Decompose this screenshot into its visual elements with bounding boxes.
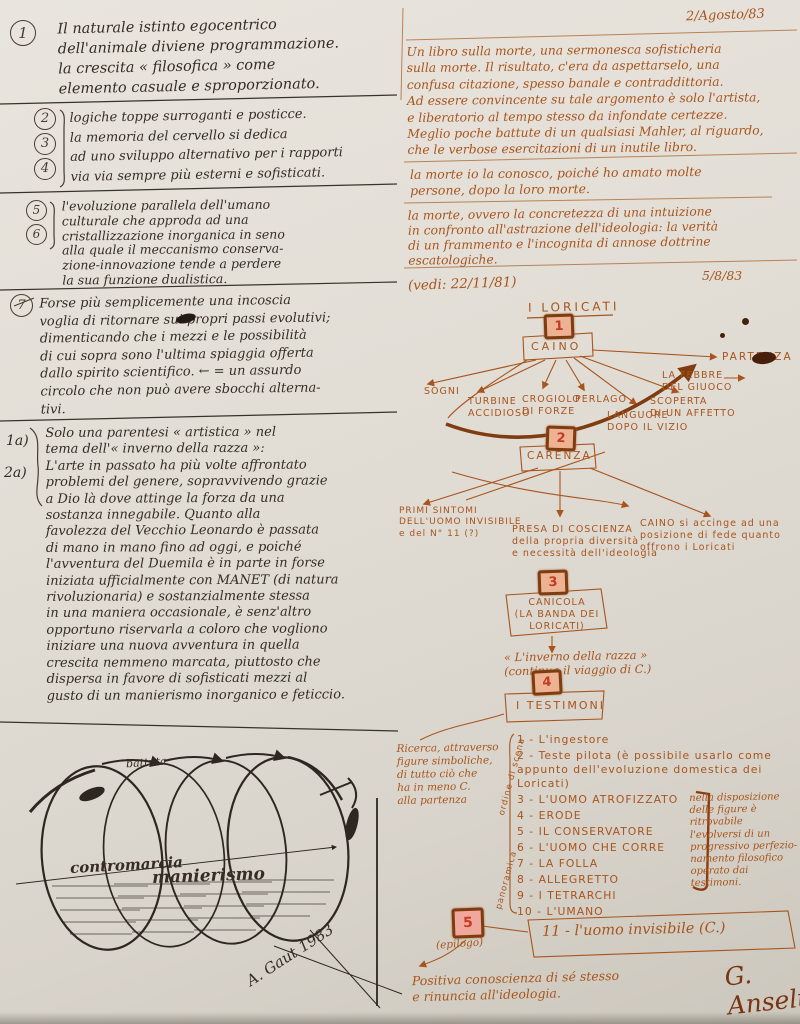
list-item: 9 - I TETRARCHI — [517, 889, 777, 903]
diagram-title: I LORICATI — [528, 299, 620, 316]
fan-label-scoperta: SCOPERTA DI UN AFFETTO — [650, 396, 736, 420]
branch-right-label: CAINO si accinge ad una posizione di fed… — [640, 518, 781, 554]
left-marker-4: 4 — [34, 158, 56, 180]
branch-left-label: PRIMI SINTOMI DELL'UOMO INVISIBILE e del… — [399, 506, 522, 540]
left-note-4: Forse più semplicemente una incoscia vog… — [39, 291, 399, 419]
item-11-label: 11 - l'uomo invisibile (C.) — [542, 920, 726, 940]
date-mid: 5/8/83 — [702, 268, 742, 283]
left-marker-2a: 2a) — [4, 465, 27, 481]
spiral-top-label: battuta — [126, 755, 167, 771]
node-4-box: 4 — [531, 669, 562, 696]
left-note-5: Solo una parentesi « artistica » nel tem… — [45, 424, 404, 705]
ink-dot-1 — [742, 318, 749, 325]
left-marker-1a: 1a) — [6, 433, 29, 449]
manuscript-page: 1 Il naturale istinto egocentrico dell'a… — [0, 0, 800, 1024]
date-top: 2/Agosto/83 — [686, 7, 765, 25]
node-3-box: 3 — [538, 569, 569, 595]
right-paragraph-2: la morte io la conosco, poiché ho amato … — [410, 163, 782, 199]
fan-label-febbre: LA FEBBRE DEL GIUOCO — [662, 370, 732, 394]
node-4-label: I TESTIMONI — [516, 699, 605, 713]
right-paragraph-3: la morte, ovvero la concretezza di una i… — [408, 203, 797, 268]
branch-mid-label: PRESA DI COSCIENZA della propria diversi… — [512, 524, 658, 560]
left-signature: A. Gaut 1983 — [243, 920, 337, 990]
left-marker-7: 7 — [10, 294, 33, 317]
quote-inverno: « L'inverno della razza » (continua il v… — [504, 649, 652, 679]
node-1-label: CAINO — [531, 340, 581, 354]
left-marker-1: 1 — [10, 20, 36, 46]
node-5-label: (epilogo) — [436, 936, 484, 951]
left-note-3: l'evoluzione parallela dell'umano cultur… — [62, 197, 401, 289]
left-marker-5: 5 — [26, 200, 47, 221]
list-item: 2 - Teste pilota (è possibile usarlo com… — [517, 749, 777, 791]
node-2-box: 2 — [546, 425, 577, 451]
fan-label-crogiolo: CROGIOLO DI FORZE — [522, 394, 581, 418]
list-item: 10 - L'UMANO — [517, 905, 777, 919]
left-note-1: Il naturale istinto egocentrico dell'ani… — [57, 13, 391, 100]
node-2-label: CARENZA — [527, 450, 592, 463]
right-signature: G. Anselti — [723, 954, 800, 1021]
left-note-2: logiche toppe surroganti e posticce. la … — [69, 103, 400, 187]
fan-label-sogni: SOGNI — [424, 386, 460, 398]
reference-note: (vedi: 22/11/81) — [408, 274, 517, 294]
photo-bottom-edge — [0, 1012, 800, 1024]
fan-label-perlago: PERLAGO — [575, 394, 627, 406]
node-1-box: 1 — [544, 313, 575, 339]
left-marker-3: 3 — [34, 133, 56, 155]
closing-note: Positiva conoscienza di sé stesso e rinu… — [412, 967, 663, 1006]
right-paragraph-1: Un libro sulla morte, una sermonesca sof… — [406, 40, 799, 159]
ink-dot-2 — [720, 333, 725, 338]
spiral-label-right: manierismo — [152, 864, 266, 888]
left-marker-2: 2 — [34, 108, 56, 130]
node-3-label: CANICOLA (LA BANDA DEI LORICATI) — [513, 597, 601, 633]
bracket-note: nella disposizione delle figure è ritrov… — [689, 791, 800, 891]
list-item: 1 - L'ingestore — [517, 733, 777, 747]
left-marker-6: 6 — [26, 224, 47, 245]
node-5-box: 5 — [451, 907, 484, 938]
margin-note: Ricerca, attraverso figure simboliche, d… — [396, 741, 509, 808]
